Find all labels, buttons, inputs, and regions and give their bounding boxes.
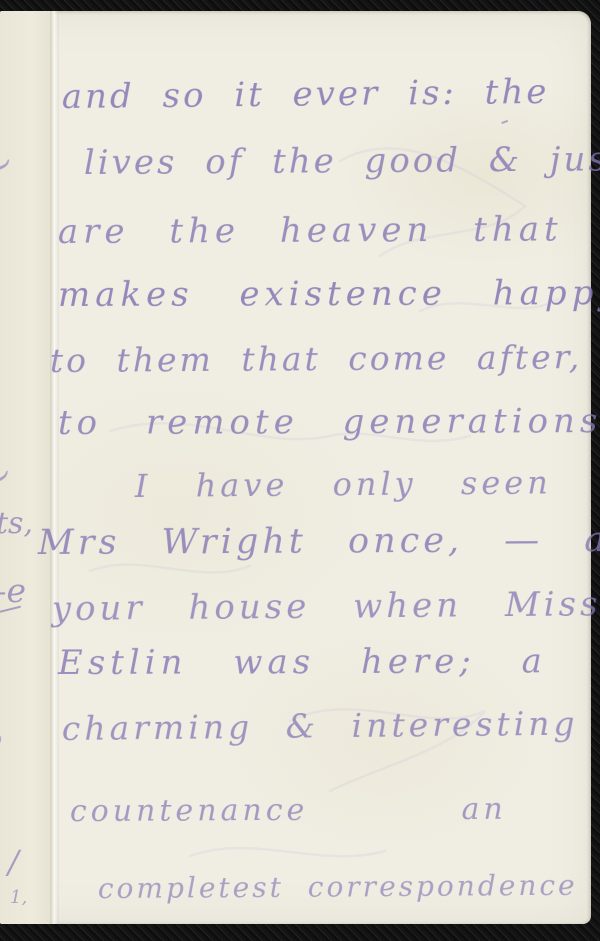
handwriting-line: your house when Miss [52,584,600,629]
handwriting-line: are the heaven that [58,209,563,252]
handwriting-line: I have only seen [135,463,552,505]
handwriting-line: Mrs Wright once, — at [38,520,600,563]
handwriting-line: makes existence happy [58,273,600,315]
ink-fragment: 1, [10,887,27,908]
letter-page: and so it ever is: the lives of the good… [0,11,591,924]
handwriting-line: Estlin was here; a [58,641,547,683]
handwriting-line: to remote generations. [58,401,600,443]
page-fold-crease [50,11,59,924]
handwriting-line: completest correspondence [98,869,578,905]
handwriting-line: countenance an [70,792,507,829]
ink-fragment: / [8,843,19,881]
handwriting-line: charming & interesting [62,704,579,748]
ink-fragment: ts, [0,506,33,541]
handwriting-line: lives of the good & just [84,139,600,183]
handwriting-line: and so it ever is: the [62,72,550,117]
handwriting-line: to them that come after, [50,337,583,380]
photographed-letter: and so it ever is: the lives of the good… [0,0,600,941]
